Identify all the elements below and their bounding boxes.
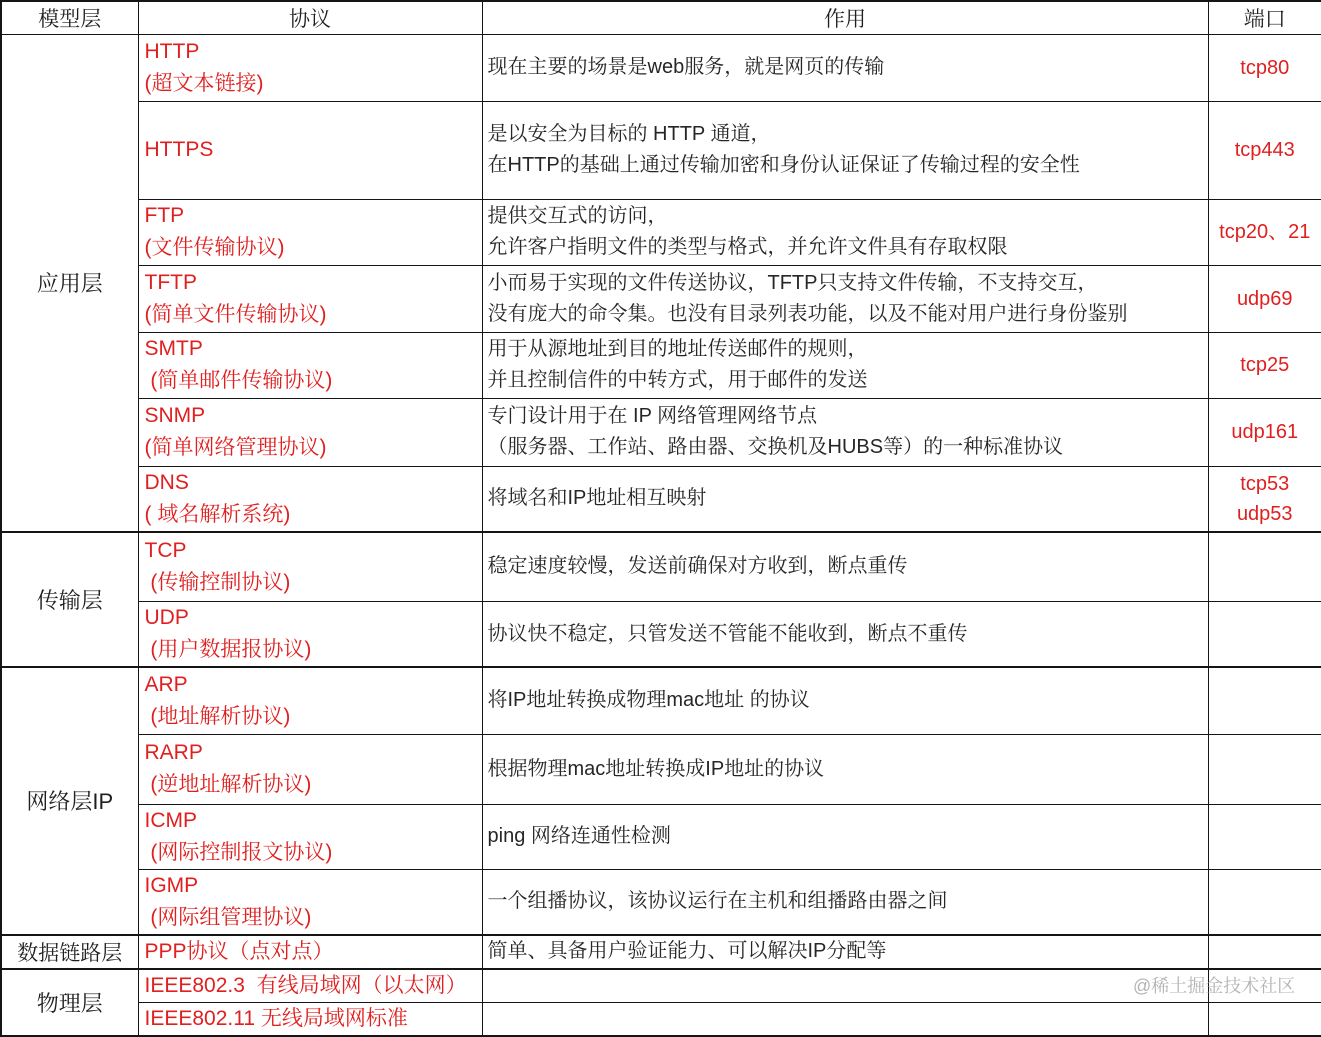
header-row: 模型层 协议 作用 端口 — [1, 1, 1321, 34]
column-header-port: 端口 — [1208, 1, 1321, 34]
function-cell: 提供交互式的访问， 允许客户指明文件的类型与格式，并允许文件具有存取权限 — [482, 199, 1208, 265]
protocol-cell: TCP (传输控制协议) — [138, 532, 482, 602]
protocol-cell: UDP (用户数据报协议) — [138, 602, 482, 668]
function-line: 允许客户指明文件的类型与格式，并允许文件具有存取权限 — [488, 232, 1208, 263]
protocol-fullname: (超文本链接) — [145, 68, 482, 100]
port-cell — [1208, 602, 1321, 668]
function-line: 一个组播协议，该协议运行在主机和组播路由器之间 — [488, 886, 1208, 917]
table-row-rarp: RARP (逆地址解析协议) 根据物理mac地址转换成IP地址的协议 — [1, 734, 1321, 804]
function-line: 小而易于实现的文件传送协议，TFTP只支持文件传输，不支持交互， — [488, 268, 1208, 299]
layer-cell-physical: 物理层 — [1, 969, 138, 1037]
port-value: tcp443 — [1209, 135, 1321, 165]
port-cell — [1208, 969, 1321, 1003]
protocol-fullname: (传输控制协议) — [145, 567, 482, 599]
function-cell — [482, 1003, 1208, 1037]
protocol-name: ARP — [145, 669, 482, 701]
port-cell — [1208, 667, 1321, 734]
protocol-fullname: (简单邮件传输协议) — [145, 365, 482, 397]
table-row-https: HTTPS 是以安全为目标的 HTTP 通道， 在HTTP的基础上通过传输加密和… — [1, 101, 1321, 199]
protocol-name: HTTPS — [145, 134, 482, 166]
function-line: 协议快不稳定，只管发送不管能不能收到，断点不重传 — [488, 619, 1208, 650]
port-cell — [1208, 734, 1321, 804]
protocol-cell: HTTP (超文本链接) — [138, 34, 482, 101]
function-cell: 一个组播协议，该协议运行在主机和组播路由器之间 — [482, 869, 1208, 935]
function-line: 没有庞大的命令集。也没有目录列表功能，以及不能对用户进行身份鉴别 — [488, 299, 1208, 330]
function-line: 用于从源地址到目的地址传送邮件的规则， — [488, 334, 1208, 365]
protocol-name: IGMP — [145, 870, 482, 902]
protocol-cell: IGMP (网际组管理协议) — [138, 869, 482, 935]
port-cell — [1208, 1003, 1321, 1037]
port-cell: tcp25 — [1208, 332, 1321, 398]
function-cell: 将IP地址转换成物理mac地址 的协议 — [482, 667, 1208, 734]
layer-cell-network: 网络层IP — [1, 667, 138, 935]
function-cell: 根据物理mac地址转换成IP地址的协议 — [482, 734, 1208, 804]
table-row-ieee80211: IEEE802.11 无线局域网标准 — [1, 1003, 1321, 1037]
function-line: 将IP地址转换成物理mac地址 的协议 — [488, 685, 1208, 716]
function-line: 是以安全为目标的 HTTP 通道， — [488, 119, 1208, 150]
port-cell — [1208, 869, 1321, 935]
function-cell — [482, 969, 1208, 1003]
port-cell: tcp443 — [1208, 101, 1321, 199]
function-line: 稳定速度较慢，发送前确保对方收到，断点重传 — [488, 551, 1208, 582]
protocol-name: SNMP — [145, 400, 482, 432]
protocol-fullname: (地址解析协议) — [145, 701, 482, 733]
protocol-name: RARP — [145, 737, 482, 769]
protocol-cell: IEEE802.3 有线局域网（以太网） — [138, 969, 482, 1003]
function-cell: 稳定速度较慢，发送前确保对方收到，断点重传 — [482, 532, 1208, 602]
protocol-cell: IEEE802.11 无线局域网标准 — [138, 1003, 482, 1037]
function-line: 根据物理mac地址转换成IP地址的协议 — [488, 754, 1208, 785]
protocol-fullname: (用户数据报协议) — [145, 634, 482, 666]
port-value: udp69 — [1209, 284, 1321, 314]
column-header-protocol: 协议 — [138, 1, 482, 34]
function-line: 将域名和IP地址相互映射 — [488, 483, 1208, 514]
protocol-name: PPP协议（点对点） — [145, 936, 482, 968]
table-row-igmp: IGMP (网际组管理协议) 一个组播协议，该协议运行在主机和组播路由器之间 — [1, 869, 1321, 935]
port-value: tcp80 — [1209, 53, 1321, 83]
port-value: udp53 — [1209, 499, 1321, 529]
protocol-name: ICMP — [145, 805, 482, 837]
protocol-cell: DNS ( 域名解析系统) — [138, 466, 482, 532]
protocol-name: IEEE802.3 有线局域网（以太网） — [145, 970, 482, 1002]
table-row-tftp: TFTP (简单文件传输协议) 小而易于实现的文件传送协议，TFTP只支持文件传… — [1, 265, 1321, 332]
function-cell: 将域名和IP地址相互映射 — [482, 466, 1208, 532]
port-cell — [1208, 532, 1321, 602]
function-cell: 专门设计用于在 IP 网络管理网络节点 （服务器、工作站、路由器、交换机及HUB… — [482, 398, 1208, 466]
port-cell: udp161 — [1208, 398, 1321, 466]
function-line: 在HTTP的基础上通过传输加密和身份认证保证了传输过程的安全性 — [488, 150, 1208, 181]
protocol-name: DNS — [145, 467, 482, 499]
table-row-http: 应用层 HTTP (超文本链接) 现在主要的场景是web服务，就是网页的传输 t… — [1, 34, 1321, 101]
protocol-cell: SNMP (简单网络管理协议) — [138, 398, 482, 466]
table-row-arp: 网络层IP ARP (地址解析协议) 将IP地址转换成物理mac地址 的协议 — [1, 667, 1321, 734]
table-row-ftp: FTP (文件传输协议) 提供交互式的访问， 允许客户指明文件的类型与格式，并允… — [1, 199, 1321, 265]
protocol-cell: ARP (地址解析协议) — [138, 667, 482, 734]
table-row-snmp: SNMP (简单网络管理协议) 专门设计用于在 IP 网络管理网络节点 （服务器… — [1, 398, 1321, 466]
protocol-cell: SMTP (简单邮件传输协议) — [138, 332, 482, 398]
column-header-function: 作用 — [482, 1, 1208, 34]
port-value: tcp53 — [1209, 469, 1321, 499]
port-cell — [1208, 804, 1321, 869]
protocol-fullname: (网际组管理协议) — [145, 902, 482, 934]
column-header-layer: 模型层 — [1, 1, 138, 34]
protocol-name: UDP — [145, 602, 482, 634]
protocol-fullname: (简单网络管理协议) — [145, 432, 482, 464]
protocol-name: IEEE802.11 无线局域网标准 — [145, 1003, 482, 1035]
function-cell: 简单、具备用户验证能力、可以解决IP分配等 — [482, 935, 1208, 969]
protocol-table: 模型层 协议 作用 端口 应用层 HTTP (超文本链接) 现在主要的场景是we… — [0, 0, 1321, 1037]
protocol-fullname: (文件传输协议) — [145, 232, 482, 264]
function-line: 简单、具备用户验证能力、可以解决IP分配等 — [488, 936, 1208, 967]
port-cell: tcp80 — [1208, 34, 1321, 101]
table-row-dns: DNS ( 域名解析系统) 将域名和IP地址相互映射 tcp53 udp53 — [1, 466, 1321, 532]
port-cell — [1208, 935, 1321, 969]
protocol-cell: ICMP (网际控制报文协议) — [138, 804, 482, 869]
function-cell: 现在主要的场景是web服务，就是网页的传输 — [482, 34, 1208, 101]
protocol-fullname: (网际控制报文协议) — [145, 837, 482, 869]
protocol-cell: FTP (文件传输协议) — [138, 199, 482, 265]
protocol-name: FTP — [145, 200, 482, 232]
table-row-icmp: ICMP (网际控制报文协议) ping 网络连通性检测 — [1, 804, 1321, 869]
table-row-smtp: SMTP (简单邮件传输协议) 用于从源地址到目的地址传送邮件的规则， 并且控制… — [1, 332, 1321, 398]
table-row-ppp: 数据链路层 PPP协议（点对点） 简单、具备用户验证能力、可以解决IP分配等 — [1, 935, 1321, 969]
protocol-cell: HTTPS — [138, 101, 482, 199]
protocol-name: HTTP — [145, 36, 482, 68]
port-cell: tcp20、21 — [1208, 199, 1321, 265]
layer-cell-application: 应用层 — [1, 34, 138, 532]
function-line: 专门设计用于在 IP 网络管理网络节点 — [488, 401, 1208, 432]
function-cell: ping 网络连通性检测 — [482, 804, 1208, 869]
protocol-cell: PPP协议（点对点） — [138, 935, 482, 969]
protocol-name: TCP — [145, 535, 482, 567]
function-line: （服务器、工作站、路由器、交换机及HUBS等）的一种标准协议 — [488, 432, 1208, 463]
table-row-udp: UDP (用户数据报协议) 协议快不稳定，只管发送不管能不能收到，断点不重传 — [1, 602, 1321, 668]
function-cell: 协议快不稳定，只管发送不管能不能收到，断点不重传 — [482, 602, 1208, 668]
protocol-fullname: (简单文件传输协议) — [145, 299, 482, 331]
function-line: 现在主要的场景是web服务，就是网页的传输 — [488, 52, 1208, 83]
protocol-fullname: ( 域名解析系统) — [145, 499, 482, 531]
protocol-name: SMTP — [145, 333, 482, 365]
table-row-tcp: 传输层 TCP (传输控制协议) 稳定速度较慢，发送前确保对方收到，断点重传 — [1, 532, 1321, 602]
protocol-fullname: (逆地址解析协议) — [145, 769, 482, 801]
function-line: 并且控制信件的中转方式，用于邮件的发送 — [488, 365, 1208, 396]
layer-cell-transport: 传输层 — [1, 532, 138, 668]
port-cell: tcp53 udp53 — [1208, 466, 1321, 532]
table-row-ieee8023: 物理层 IEEE802.3 有线局域网（以太网） — [1, 969, 1321, 1003]
function-cell: 是以安全为目标的 HTTP 通道， 在HTTP的基础上通过传输加密和身份认证保证… — [482, 101, 1208, 199]
protocol-cell: TFTP (简单文件传输协议) — [138, 265, 482, 332]
function-cell: 用于从源地址到目的地址传送邮件的规则， 并且控制信件的中转方式，用于邮件的发送 — [482, 332, 1208, 398]
port-value: tcp20、21 — [1209, 217, 1321, 247]
protocol-name: TFTP — [145, 267, 482, 299]
function-line: ping 网络连通性检测 — [488, 821, 1208, 852]
function-cell: 小而易于实现的文件传送协议，TFTP只支持文件传输，不支持交互， 没有庞大的命令… — [482, 265, 1208, 332]
port-cell: udp69 — [1208, 265, 1321, 332]
layer-cell-datalink: 数据链路层 — [1, 935, 138, 969]
port-value: udp161 — [1209, 417, 1321, 447]
protocol-cell: RARP (逆地址解析协议) — [138, 734, 482, 804]
function-line: 提供交互式的访问， — [488, 201, 1208, 232]
port-value: tcp25 — [1209, 350, 1321, 380]
